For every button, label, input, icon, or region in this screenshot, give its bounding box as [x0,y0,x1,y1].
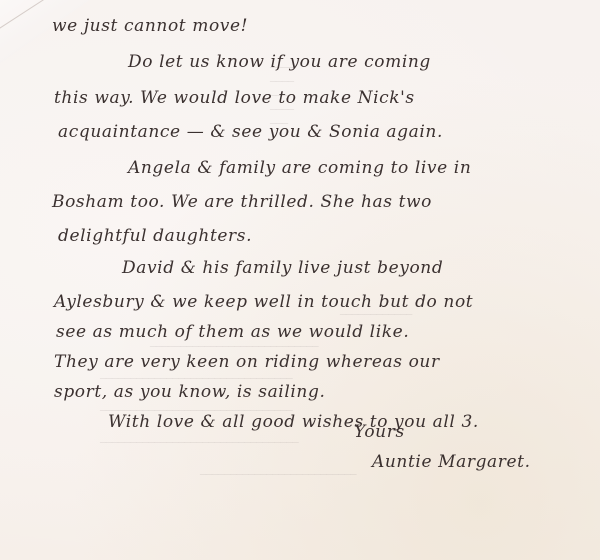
letter-body: we just cannot move! Do let us know if y… [0,0,600,560]
letter-line: delightful daughters. [58,226,252,246]
letter-line: With love & all good wishes to you all 3… [108,412,479,432]
letter-line: Do let us know if you are coming [128,52,431,72]
letter-line: They are very keen on riding whereas our [54,352,440,372]
letter-closing: Yours [354,422,405,442]
letter-line: this way. We would love to make Nick's [54,88,415,108]
letter-line: David & his family live just beyond [122,258,443,278]
letter-line: Angela & family are coming to live in [128,158,471,178]
letter-line: Aylesbury & we keep well in touch but do… [54,292,473,312]
letter-line: Bosham too. We are thrilled. She has two [52,192,432,212]
letter-signature: Auntie Margaret. [372,452,531,472]
letter-line: we just cannot move! [52,16,248,36]
letter-line: sport, as you know, is sailing. [54,382,325,402]
letter-line: see as much of them as we would like. [56,322,409,342]
letter-line: acquaintance — & see you & Sonia again. [58,122,443,142]
